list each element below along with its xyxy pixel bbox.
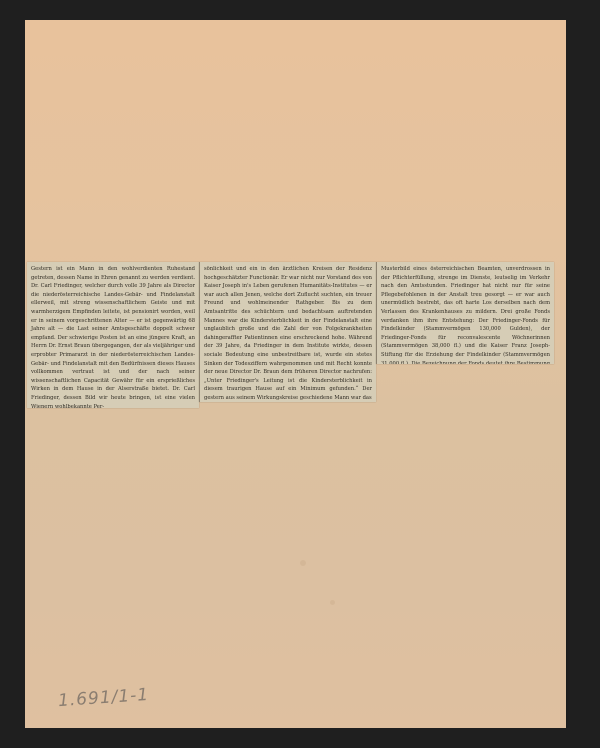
clipping-column-1: Gestern ist ein Mann in den wohlverdient… bbox=[27, 262, 199, 408]
column-3-paragraph-1: Musterbild eines österreichischen Beamte… bbox=[381, 265, 550, 364]
clipping-column-2: sönlichkeit und ein in den ärztlichen Kr… bbox=[199, 262, 376, 402]
column-2-paragraph-1: sönlichkeit und ein in den ärztlichen Kr… bbox=[204, 265, 372, 402]
column-1-paragraph-1: Gestern ist ein Mann in den wohlverdient… bbox=[31, 265, 195, 408]
paper-stain bbox=[300, 560, 306, 566]
clipping-column-3: Musterbild eines österreichischen Beamte… bbox=[376, 262, 554, 364]
paper-stain bbox=[330, 600, 335, 605]
